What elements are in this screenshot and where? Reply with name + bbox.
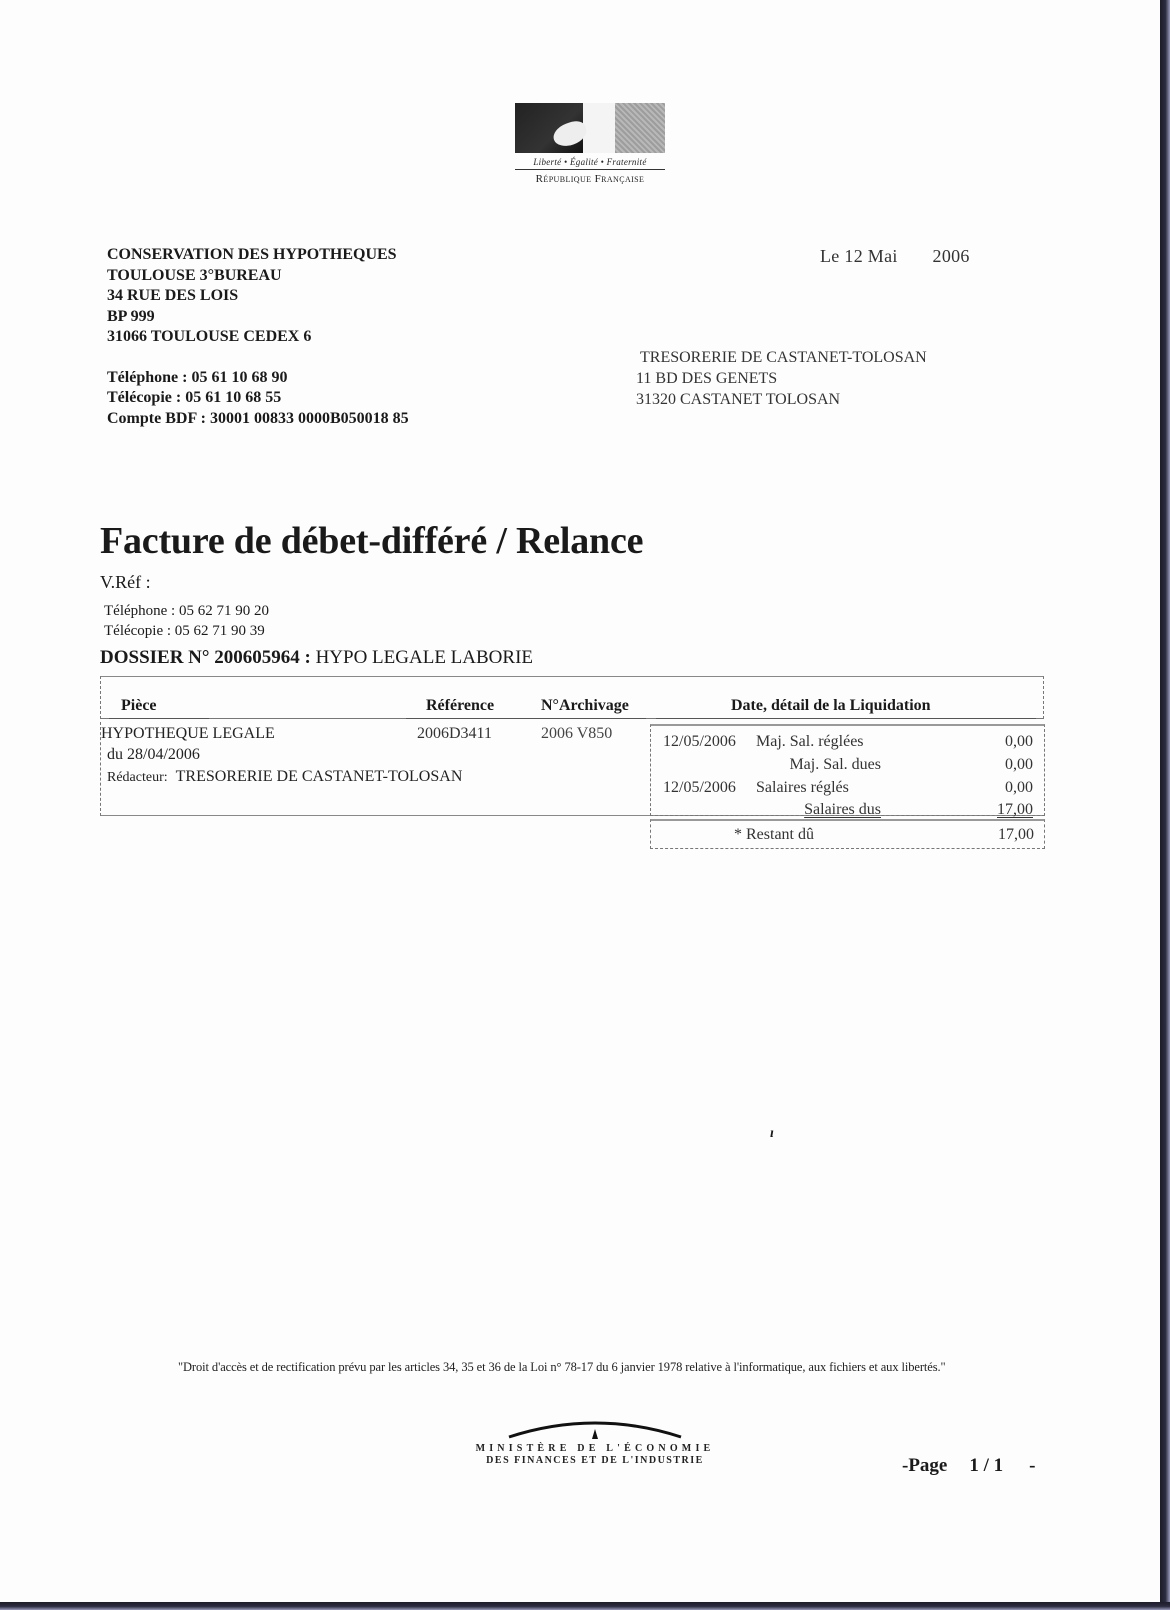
ministry-arc-icon [505, 1415, 685, 1441]
header-underline [656, 718, 1036, 719]
contact-telecopie: Télécopie : 05 62 71 90 39 [104, 621, 269, 641]
sender-line: TOULOUSE 3°BUREAU [107, 266, 409, 287]
page-count: 1 / 1 [969, 1455, 1003, 1476]
page-frame-bottom-edge [0, 1602, 1170, 1610]
liquidation-date: 12/05/2006 [663, 733, 736, 751]
marianne-flag-icon [515, 103, 665, 153]
page-suffix: - [1029, 1455, 1035, 1476]
redacteur-value: TRESORERIE DE CASTANET-TOLOSAN [176, 768, 463, 785]
header-underline [406, 718, 646, 719]
stray-scan-mark: ı [770, 1126, 774, 1142]
column-header-piece: Pièce [121, 697, 157, 715]
dossier-number: DOSSIER N° 200605964 : [100, 647, 311, 668]
sender-telephone: Téléphone : 05 61 10 68 90 [107, 368, 409, 389]
column-header-liquidation: Date, détail de la Liquidation [731, 697, 931, 715]
recipient-address-block: TRESORERIE DE CASTANET-TOLOSAN 11 BD DES… [636, 347, 927, 410]
sender-line: 31066 TOULOUSE CEDEX 6 [107, 327, 409, 348]
header-underline [109, 718, 209, 719]
document-date: Le 12 Mai 2006 [820, 246, 970, 267]
column-header-reference: Référence [426, 697, 494, 715]
recipient-line: TRESORERIE DE CASTANET-TOLOSAN [636, 347, 927, 368]
votre-reference: V.Réf : [100, 572, 151, 593]
date-day-month: 12 Mai [844, 246, 897, 267]
liquidation-value: 0,00 [1005, 756, 1033, 774]
page-number: -Page1 / 1- [902, 1455, 1035, 1477]
liquidation-label: Salaires réglés [756, 779, 849, 797]
ministry-line1: MINISTÈRE DE L'ÉCONOMIE [470, 1443, 720, 1454]
logo-motto: Liberté • Égalité • Fraternité [515, 157, 665, 170]
sender-line: 34 RUE DES LOIS [107, 286, 409, 307]
liquidation-label: Maj. Sal. réglées [756, 733, 864, 751]
sender-address-block: CONSERVATION DES HYPOTHEQUES TOULOUSE 3°… [107, 245, 409, 429]
sender-telecopie: Télécopie : 05 61 10 68 55 [107, 388, 409, 409]
legal-notice: "Droit d'accès et de rectification prévu… [178, 1360, 946, 1375]
liquidation-row: 12/05/2006 Maj. Sal. réglées 0,00 [651, 733, 1043, 755]
sender-line: CONSERVATION DES HYPOTHEQUES [107, 245, 409, 266]
piece-title: HYPOTHEQUE LEGALE [101, 725, 275, 743]
liquidation-label: Salaires dus [751, 801, 881, 819]
liquidation-label: Maj. Sal. dues [751, 756, 881, 774]
ministry-line2: DES FINANCES ET DE L'INDUSTRIE [470, 1455, 720, 1466]
logo-republic: République Française [515, 173, 665, 185]
redacteur-label: Rédacteur: [107, 770, 168, 785]
page-frame-right-edge [1160, 0, 1170, 1610]
restant-du-label: * Restant dû [734, 826, 814, 844]
republique-francaise-logo: Liberté • Égalité • Fraternité Républiqu… [515, 103, 665, 185]
contact-telephone: Téléphone : 05 62 71 90 20 [104, 601, 269, 621]
liquidation-detail-box: 12/05/2006 Maj. Sal. réglées 0,00 Maj. S… [650, 724, 1045, 816]
liquidation-value: 0,00 [1005, 779, 1033, 797]
restant-du-box: * Restant dû 17,00 [650, 819, 1045, 849]
liquidation-value: 0,00 [1005, 733, 1033, 751]
page-label: -Page [902, 1455, 947, 1476]
piece-redacteur: Rédacteur: TRESORERIE DE CASTANET-TOLOSA… [107, 768, 462, 786]
liquidation-value: 17,00 [997, 801, 1033, 819]
dossier-line: DOSSIER N° 200605964 : HYPO LEGALE LABOR… [100, 647, 533, 669]
liquidation-row: 12/05/2006 Salaires réglés 0,00 [651, 779, 1043, 801]
sender-compte-bdf: Compte BDF : 30001 00833 0000B050018 85 [107, 409, 409, 430]
contact-block: Téléphone : 05 62 71 90 20 Télécopie : 0… [104, 601, 269, 641]
recipient-line: 31320 CASTANET TOLOSAN [636, 389, 927, 410]
table-header: Pièce Référence N°Archivage Date, détail… [100, 676, 1044, 719]
restant-du-value: 17,00 [998, 826, 1034, 844]
liquidation-date: 12/05/2006 [663, 779, 736, 797]
recipient-line: 11 BD DES GENETS [636, 368, 927, 389]
document-title: Facture de débet-différé / Relance [100, 519, 643, 563]
date-prefix: Le [820, 246, 840, 267]
column-header-archivage: N°Archivage [541, 697, 629, 715]
piece-date: du 28/04/2006 [107, 746, 200, 764]
date-year: 2006 [933, 246, 970, 267]
ministry-logo: MINISTÈRE DE L'ÉCONOMIE DES FINANCES ET … [470, 1415, 720, 1466]
reference-value: 2006D3411 [417, 725, 492, 743]
sender-line: BP 999 [107, 307, 409, 328]
dossier-name: HYPO LEGALE LABORIE [311, 647, 533, 668]
liquidation-row: Maj. Sal. dues 0,00 [651, 756, 1043, 778]
archivage-value: 2006 V850 [541, 725, 612, 743]
